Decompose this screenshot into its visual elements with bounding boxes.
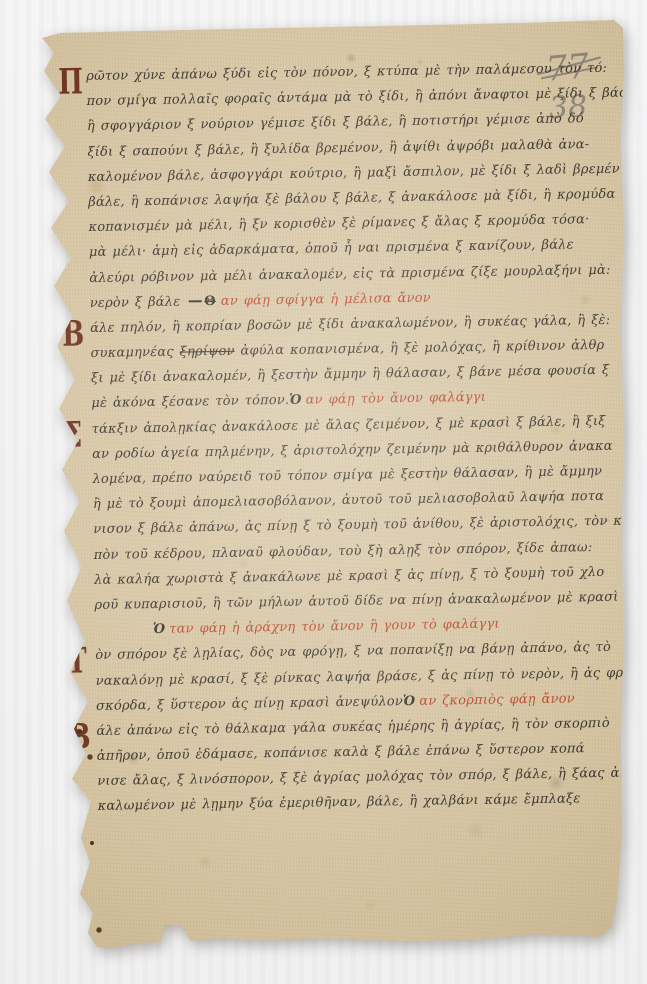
edge-shading xyxy=(0,0,647,984)
paper-leaf: 79. 77 38 Π ρῶτον χύνε ἀπάνω ξύδι εἰς τὸ… xyxy=(0,0,647,984)
manuscript-leaf: 79. 77 38 Π ρῶτον χύνε ἀπάνω ξύδι εἰς τὸ… xyxy=(0,0,647,984)
scan-background: 79. 77 38 Π ρῶτον χύνε ἀπάνω ξύδι εἰς τὸ… xyxy=(0,0,647,984)
